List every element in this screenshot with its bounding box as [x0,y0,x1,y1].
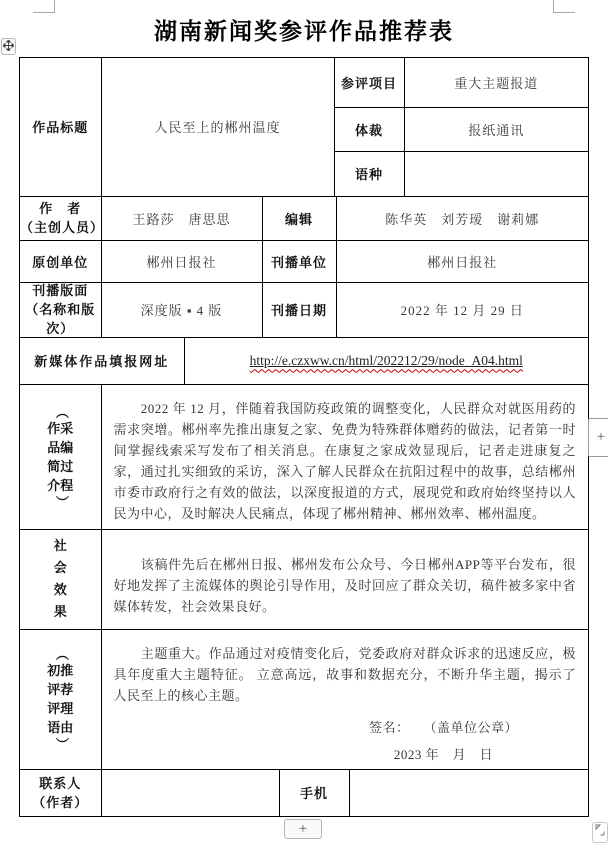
comment-text: 主题重大。作品通过对疫情变化后，党委政府对群众诉求的迅速反应，极具年度重大主题特… [114,646,577,703]
publish-date-value: 2022 年 12 月 29 日 [337,283,589,338]
layout-label-line1: 刊播版面 [32,283,88,301]
intro-label-line: 介程 [47,476,73,495]
comment-label: （ 初推 评荐 评理 语由 ） [20,630,102,770]
document-page: 湖南新闻奖参评作品推荐表 作品标题 人民至上的郴州温度 参评项目 重大主题报道 … [0,0,608,847]
comment-label-line: 评荐 [47,680,73,699]
recommendation-table: 作品标题 人民至上的郴州温度 参评项目 重大主题报道 体裁 报纸通讯 语种 作 … [19,57,589,817]
intro-label: （ 作采 品编 简过 介程 ） [20,385,102,530]
layout-value: 深度版 ▪ 4 版 [102,283,263,338]
intro-label-paren-open: （ [53,405,67,418]
signature-block: 签名： （盖单位公章） 2023 年 月 日 [314,714,574,768]
editor-label: 编辑 [263,197,337,241]
comment-label-paren-close: ） [53,737,67,750]
intro-label-line: 作采 [47,419,73,438]
layout-label: 刊播版面 （名称和版次） [20,283,102,338]
contact-label-line1: 联系人 [39,774,81,793]
comment-label-line: 评理 [47,699,73,718]
phone-label: 手机 [280,770,350,817]
media-url-label: 新媒体作品填报网址 [20,338,185,385]
genre-value: 报纸通讯 [405,108,589,152]
insert-column-button[interactable]: + [588,418,608,457]
signature-line: 签名： （盖单位公章） [314,714,574,741]
language-label: 语种 [335,152,405,197]
genre-label: 体裁 [335,108,405,152]
effect-label: 社 会 效 果 [20,530,102,630]
comment-label-line: 初推 [47,661,73,680]
layout-label-line2: （名称和版次） [20,300,101,338]
publish-unit-label: 刊播单位 [263,241,337,283]
work-title-value: 人民至上的郴州温度 [102,58,335,197]
crop-mark-top-right [553,0,554,12]
intro-label-line: 品编 [47,438,73,457]
author-value: 王路莎 唐思思 [102,197,263,241]
publish-date-label: 刊播日期 [263,283,337,338]
comment-cell: 主题重大。作品通过对疫情变化后，党委政府对群众诉求的迅速反应，极具年度重大主题特… [102,630,589,770]
effect-label-line: 会 [54,557,67,579]
work-title-label: 作品标题 [20,58,102,197]
page-title: 湖南新闻奖参评作品推荐表 [0,13,608,46]
author-label: 作 者 （主创人员） [20,197,102,241]
media-url-link[interactable]: http://e.czxww.cn/html/202212/29/node_A0… [250,353,523,369]
origin-unit-label: 原创单位 [20,241,102,283]
intro-label-paren-close: ） [53,495,67,508]
editor-value: 陈华英 刘芳瑷 谢莉娜 [337,197,589,241]
author-label-line2: （主创人员） [20,218,101,237]
effect-label-line: 社 [54,535,67,557]
plus-icon: + [299,821,307,838]
publish-unit-value: 郴州日报社 [337,241,589,283]
media-url-cell: http://e.czxww.cn/html/202212/29/node_A0… [185,338,589,385]
language-value [405,152,589,197]
phone-value [350,770,589,817]
entry-item-label: 参评项目 [335,58,405,108]
contact-value [102,770,280,817]
plus-icon: + [597,429,605,446]
intro-label-line: 简过 [47,457,73,476]
origin-unit-value: 郴州日报社 [102,241,263,283]
add-row-button[interactable]: + [284,819,322,839]
comment-label-paren-open: （ [53,647,67,660]
signature-date-line: 2023 年 月 日 [314,741,574,768]
intro-text: 2022 年 12 月，伴随着我国防疫政策的调整变化，人民群众对就医用药的需求突… [102,385,589,530]
resize-icon [594,823,606,842]
author-label-line1: 作 者 [39,199,81,218]
contact-label: 联系人 （作者） [20,770,102,817]
crop-mark-top-left [54,0,55,12]
effect-label-line: 果 [54,601,67,623]
entry-item-value: 重大主题报道 [405,58,589,108]
table-resize-handle[interactable] [592,822,608,843]
contact-label-line2: （作者） [32,793,88,812]
comment-label-line: 语由 [47,718,73,737]
effect-label-line: 效 [54,579,67,601]
media-url-text: http://e.czxww.cn/html/202212/29/node_A0… [250,353,523,368]
effect-text: 该稿件先后在郴州日报、郴州发布公众号、今日郴州APP等平台发布，很好地发挥了主流… [102,530,589,630]
